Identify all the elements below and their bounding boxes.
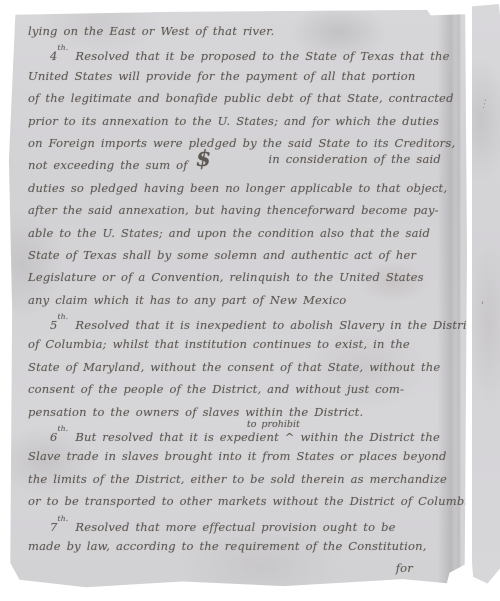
line-text: Resolved that it be proposed to the Stat… (75, 49, 449, 63)
ink-smudge: ︙ (478, 96, 489, 112)
manuscript-line: able to the U. States; and upon the cond… (28, 222, 441, 244)
line-text: State of Texas shall by some solemn and … (28, 248, 416, 262)
manuscript-line: duties so pledged having been no longer … (28, 177, 441, 199)
manuscript-line: made by law, according to the requiremen… (28, 535, 441, 557)
manuscript-line: State of Texas shall by some solemn and … (28, 244, 441, 266)
manuscript-line: 6th.But resolved that it is expedient ^ … (28, 423, 441, 445)
manuscript-line: 5th.Resolved that it is inexpedient to a… (28, 311, 441, 333)
manuscript-line: Legislature or of a Convention, relinqui… (28, 266, 441, 288)
line-text: made by law, according to the requiremen… (28, 539, 427, 553)
manuscript-line: or to be transported to other markets wi… (28, 490, 441, 512)
line-text: of Columbia; whilst that institution con… (28, 337, 410, 351)
manuscript-line: pensation to the owners of slaves within… (28, 401, 441, 423)
line-text: lying on the East or West of that river. (28, 24, 275, 38)
manuscript-line: prior to its annexation to the U. States… (28, 110, 441, 132)
manuscript-page: lying on the East or West of that river.… (8, 9, 467, 589)
insertion-text: to prohibit (247, 414, 300, 436)
scanned-document-photo: ︙ ˈ lying on the East or West of that ri… (0, 0, 500, 601)
line-text: United States will provide for the payme… (28, 69, 415, 83)
line-text: the limits of the District, either to be… (28, 472, 447, 486)
line-text: prior to its annexation to the U. States… (28, 114, 439, 128)
dollar-sign: $ (196, 154, 212, 176)
manuscript-line: of Columbia; whilst that institution con… (28, 333, 441, 355)
line-text: any claim which it has to any part of Ne… (28, 293, 346, 307)
manuscript-line: any claim which it has to any part of Ne… (28, 289, 441, 311)
line-text: duties so pledged having been no longer … (28, 181, 447, 195)
manuscript-line: the limits of the District, either to be… (28, 468, 441, 490)
line-text: State of Maryland, without the consent o… (28, 360, 440, 374)
line-text: not exceeding the sum of (28, 154, 188, 176)
manuscript-line: State of Maryland, without the consent o… (28, 356, 441, 378)
manuscript-line: 7th.Resolved that more effectual provisi… (28, 513, 441, 535)
catchword: for (28, 557, 441, 577)
manuscript-text: lying on the East or West of that river.… (28, 20, 441, 577)
manuscript-line: 4th.Resolved that it be proposed to the … (28, 42, 441, 64)
resolution-number: 4th. (50, 42, 68, 67)
manuscript-line: not exceeding the sum of$in consideratio… (28, 154, 441, 176)
manuscript-line: United States will provide for the payme… (28, 65, 441, 87)
line-text: pensation to the owners of slaves within… (28, 405, 363, 419)
manuscript-line: of the legitimate and bonafide public de… (28, 87, 441, 109)
line-text: of the legitimate and bonafide public de… (28, 91, 454, 105)
manuscript-line: lying on the East or West of that river. (28, 20, 441, 42)
ink-smudge: ˈ (481, 300, 484, 313)
line-text: after the said annexation, but having th… (28, 203, 439, 217)
manuscript-line: consent of the people of the District, a… (28, 378, 441, 400)
line-text-continuation: in consideration of the said (268, 148, 441, 170)
manuscript-line: after the said annexation, but having th… (28, 199, 441, 221)
next-sheet-edge: ︙ ˈ (472, 4, 500, 586)
line-text: consent of the people of the District, a… (28, 382, 404, 396)
line-text: or to be transported to other markets wi… (28, 494, 475, 508)
line-text: Resolved that more effectual provision o… (75, 519, 395, 533)
line-text: able to the U. States; and upon the cond… (28, 226, 430, 240)
line-text: Resolved that it is inexpedient to aboli… (75, 318, 478, 332)
line-text: Legislature or of a Convention, relinqui… (28, 270, 424, 284)
manuscript-line: Slave trade in slaves brought into it fr… (28, 445, 441, 467)
line-text: Slave trade in slaves brought into it fr… (28, 449, 447, 463)
